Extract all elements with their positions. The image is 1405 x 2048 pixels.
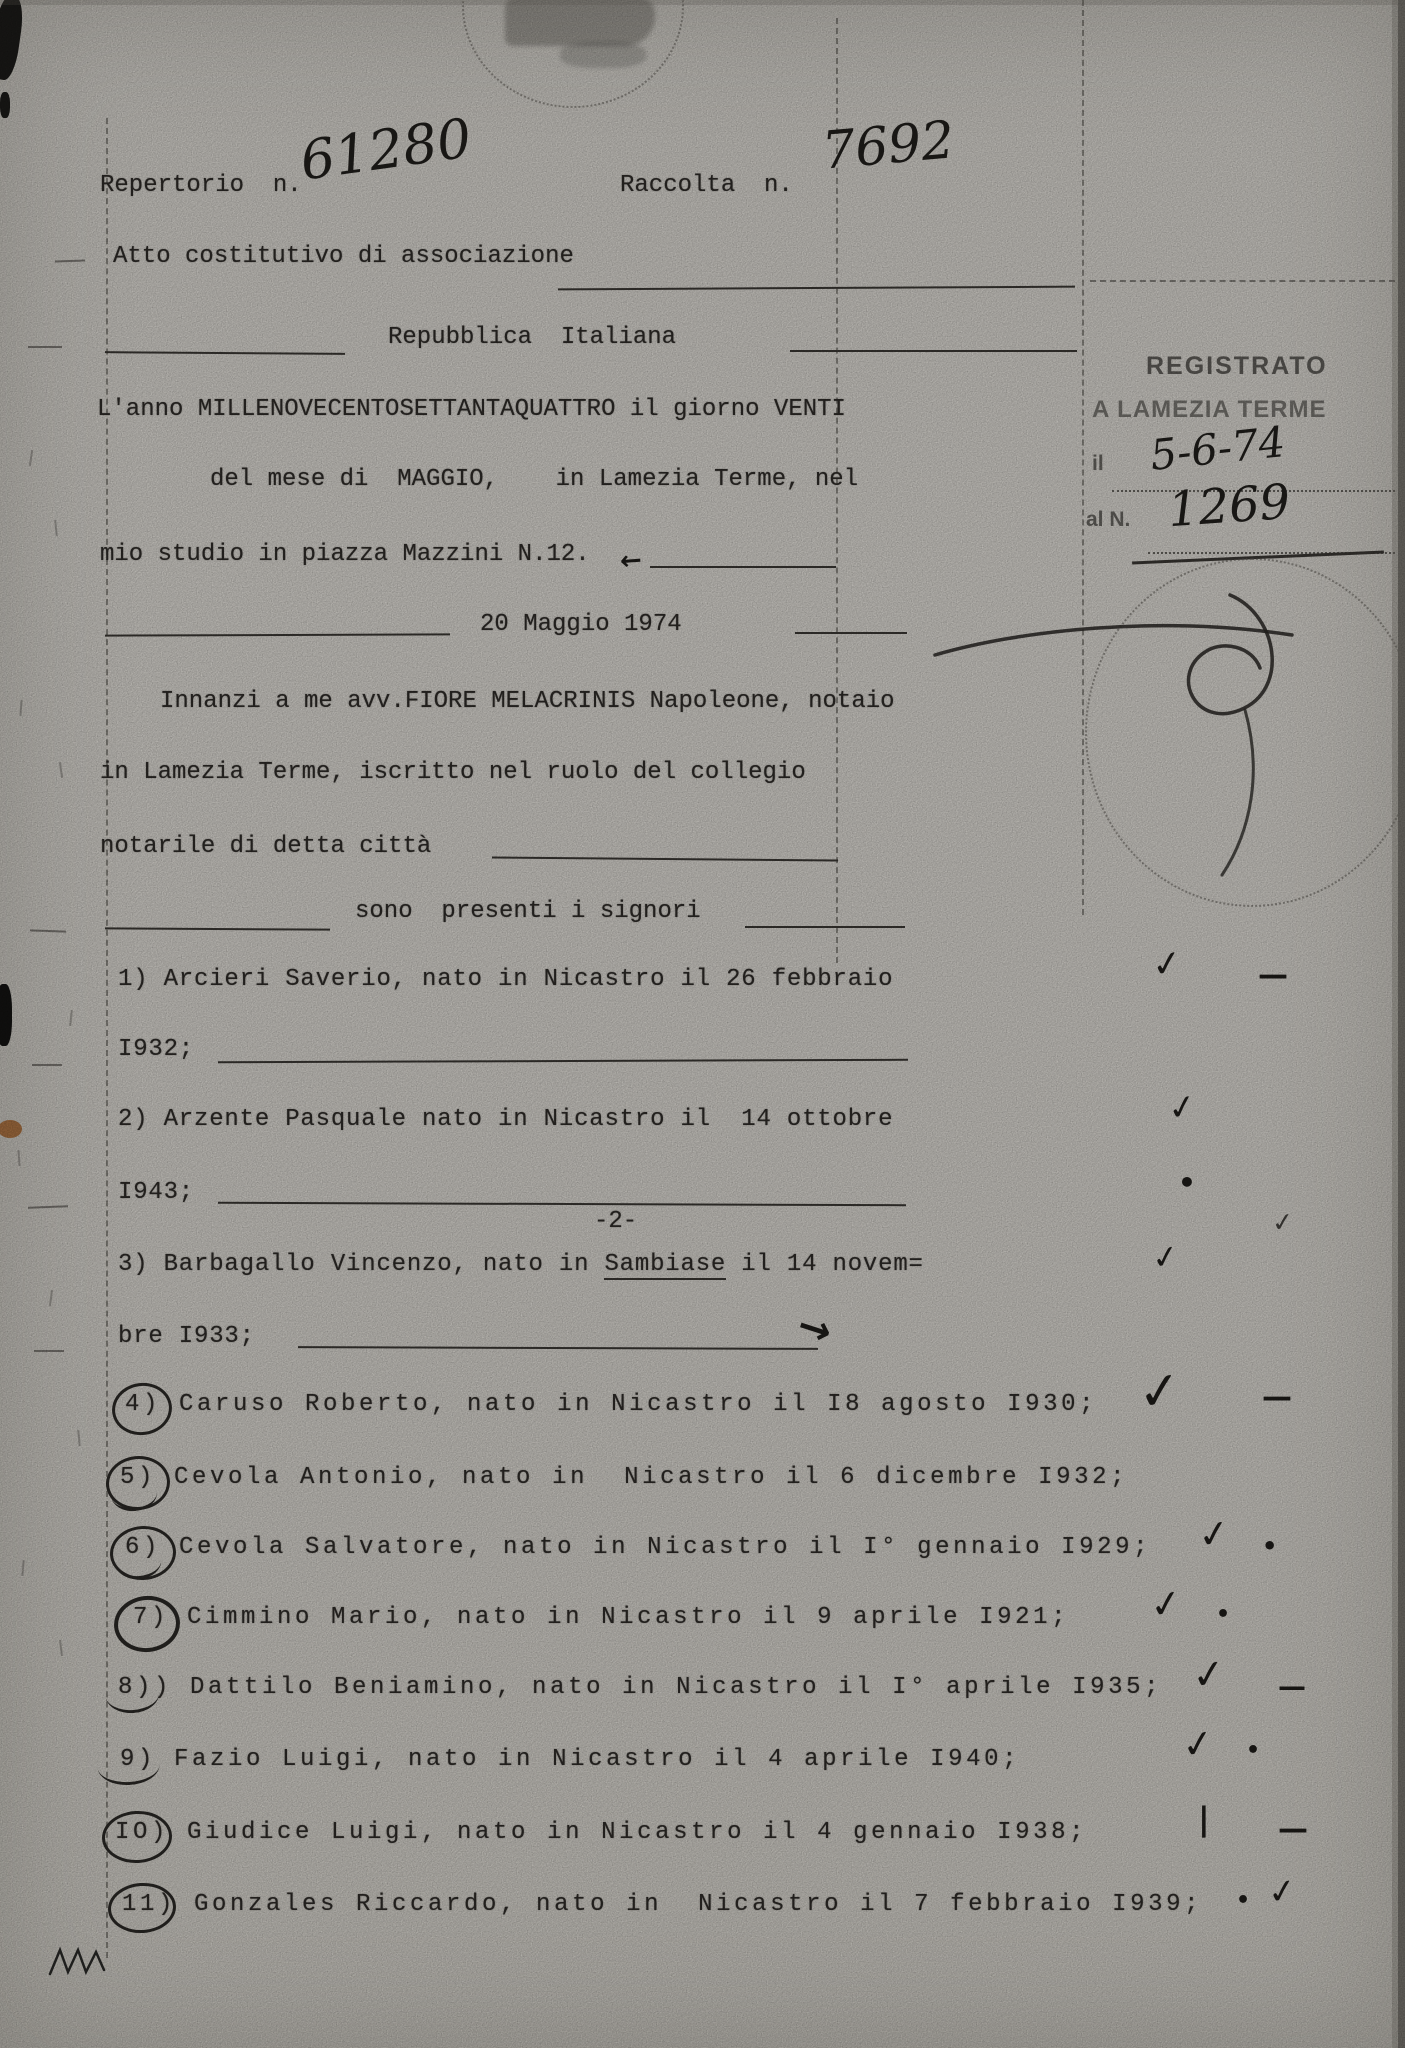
attendee-text: Caruso Roberto, nato in Nicastro il I8 a… bbox=[161, 1391, 1097, 1418]
dot-mark: • bbox=[1246, 1738, 1260, 1763]
attendee-number: 2) bbox=[118, 1106, 148, 1133]
stamp-top-dashed-line bbox=[1090, 280, 1405, 282]
body-line-date: 20 Maggio 1974 bbox=[480, 611, 682, 639]
pencil-tick bbox=[59, 762, 63, 778]
body-line-studio: mio studio in piazza Mazzini N.12. bbox=[100, 541, 590, 569]
repertorio-number-handwritten: 61280 bbox=[296, 106, 475, 192]
scan-top-edge bbox=[0, 0, 1405, 5]
repertorio-label: Repertorio n. bbox=[100, 172, 302, 200]
attendee-text: Giudice Luigi, nato in Nicastro il 4 gen… bbox=[169, 1819, 1087, 1846]
fill-line bbox=[795, 632, 907, 634]
checkmark: ✓ bbox=[1147, 1580, 1185, 1628]
fill-line bbox=[790, 350, 1077, 352]
margin-dash bbox=[28, 1205, 68, 1208]
scan-right-edge bbox=[1398, 0, 1405, 2048]
fill-line bbox=[218, 1059, 908, 1063]
attendee-number: 3) bbox=[118, 1251, 148, 1278]
attendee-text: Arzente Pasquale nato in Nicastro il 14 … bbox=[148, 1106, 893, 1133]
fill-line bbox=[105, 351, 345, 355]
stamp-place-text: A LAMEZIA TERME bbox=[1092, 396, 1327, 424]
checkmark: ✓ bbox=[1149, 942, 1185, 987]
attendee-line-1: 1) Arcieri Saverio, nato in Nicastro il … bbox=[118, 966, 893, 994]
attendee-line-6: 6) Cevola Salvatore, nato in Nicastro il… bbox=[125, 1534, 1151, 1562]
checkmark: ✓ bbox=[1195, 1510, 1233, 1558]
margin-dash bbox=[32, 1064, 62, 1066]
attendee-text: Fazio Luigi, nato in Nicastro il 4 april… bbox=[156, 1746, 1020, 1773]
attendee-line-3: 3) Barbagallo Vincenzo, nato in Sambiase… bbox=[118, 1251, 924, 1279]
checkmark: ✓ bbox=[1149, 1236, 1181, 1278]
fill-line bbox=[105, 633, 450, 636]
attendee-number: 1) bbox=[118, 966, 148, 993]
dash-mark: — bbox=[1262, 1380, 1292, 1415]
attendee-line-2-cont: I943; bbox=[118, 1179, 194, 1207]
dash-mark: — bbox=[1278, 1670, 1306, 1703]
checkmark: ✓ bbox=[1135, 1360, 1185, 1424]
body-line-innanzi: Innanzi a me avv.FIORE MELACRINIS Napole… bbox=[160, 688, 895, 716]
pen-squiggle-number-8 bbox=[105, 1692, 160, 1715]
republic-line: Repubblica Italiana bbox=[388, 324, 676, 352]
attendee-text: il 14 novem= bbox=[726, 1251, 924, 1278]
attendee-text: Dattilo Beniamino, nato in Nicastro il I… bbox=[172, 1674, 1162, 1701]
attendee-line-3-cont: bre I933; bbox=[118, 1323, 255, 1351]
pencil-tick bbox=[69, 1010, 73, 1026]
pen-circle-number-4 bbox=[109, 1379, 176, 1439]
attendee-line-10: IO) Giudice Luigi, nato in Nicastro il 4… bbox=[115, 1819, 1087, 1847]
pen-squiggle bbox=[115, 1560, 162, 1581]
pencil-tick bbox=[49, 1290, 53, 1306]
attendee-text: Arcieri Saverio, nato in Nicastro il 26 … bbox=[148, 966, 893, 993]
stamp-date-handwritten: 5-6-74 bbox=[1148, 417, 1288, 480]
attendee-line-8: 8)) Dattilo Beniamino, nato in Nicastro … bbox=[118, 1674, 1162, 1702]
checkmark: ✓ bbox=[1189, 1650, 1228, 1700]
attendee-line-4: 4) Caruso Roberto, nato in Nicastro il I… bbox=[125, 1391, 1097, 1419]
body-line-mese: del mese di MAGGIO, in Lamezia Terme, ne… bbox=[210, 466, 858, 494]
fill-line bbox=[745, 926, 905, 928]
arrow-left-mark: ← bbox=[619, 545, 643, 576]
attendee-line-11: 11) Gonzales Riccardo, nato in Nicastro … bbox=[122, 1891, 1202, 1919]
margin-dash bbox=[30, 929, 66, 932]
bar-mark: | bbox=[1198, 1800, 1210, 1838]
attendee-text: Barbagallo Vincenzo, nato in bbox=[148, 1251, 604, 1278]
fill-line bbox=[650, 566, 836, 568]
attendee-line-2: 2) Arzente Pasquale nato in Nicastro il … bbox=[118, 1106, 893, 1134]
checkmark: ✓ bbox=[1179, 1720, 1217, 1768]
top-stamp-smudge bbox=[560, 42, 646, 68]
left-margin-dashed-line bbox=[106, 118, 108, 1958]
attendee-line-7: 7) Cimmino Mario, nato in Nicastro il 9 … bbox=[133, 1604, 1069, 1632]
stamp-area-dashed-line bbox=[1082, 0, 1084, 915]
body-line-notarile: notarile di detta città bbox=[100, 833, 431, 861]
attendee-text: Cevola Salvatore, nato in Nicastro il I°… bbox=[161, 1534, 1151, 1561]
attendee-line-1-cont: I932; bbox=[118, 1036, 194, 1064]
scan-edge-blob bbox=[0, 92, 10, 118]
pen-circle-number-11 bbox=[106, 1881, 177, 1936]
document-title: Atto costitutivo di associazione bbox=[113, 243, 574, 271]
dot-mark: • bbox=[1262, 1532, 1277, 1560]
scan-edge-blob bbox=[0, 984, 12, 1046]
stamp-number-handwritten: 1269 bbox=[1166, 474, 1292, 538]
stamp-il-label: il bbox=[1092, 452, 1104, 476]
checkmark: ✓ bbox=[1265, 1870, 1299, 1914]
attendee-text: Gonzales Riccardo, nato in Nicastro il 7… bbox=[176, 1891, 1202, 1918]
orange-margin-mark bbox=[0, 1120, 22, 1138]
margin-dash bbox=[55, 259, 85, 262]
margin-dash bbox=[34, 1350, 64, 1352]
fill-line bbox=[558, 286, 1075, 291]
pencil-tick bbox=[59, 1640, 63, 1656]
raccolta-number-handwritten: 7692 bbox=[820, 110, 957, 181]
attendee-line-9: 9) Fazio Luigi, nato in Nicastro il 4 ap… bbox=[120, 1746, 1020, 1774]
pencil-tick bbox=[19, 700, 22, 716]
margin-dash bbox=[28, 346, 62, 348]
attendee-text-underlined: Sambiase bbox=[604, 1251, 726, 1280]
scan-edge-blob bbox=[0, 0, 26, 81]
pencil-tick bbox=[54, 520, 58, 536]
attendee-text: Cevola Antonio, nato in Nicastro il 6 di… bbox=[156, 1464, 1128, 1491]
scan-right-edge-soft bbox=[1392, 0, 1398, 2048]
stamp-number-label: al N. bbox=[1086, 508, 1130, 532]
body-line-iscritto: in Lamezia Terme, iscritto nel ruolo del… bbox=[100, 759, 806, 787]
pencil-tick bbox=[77, 1430, 80, 1446]
arrow-right-mark: → bbox=[792, 1302, 838, 1356]
dash-mark: — bbox=[1258, 958, 1288, 993]
dash-mark: — bbox=[1278, 1812, 1308, 1847]
fill-line bbox=[218, 1202, 906, 1206]
pen-circle-number-10 bbox=[101, 1809, 174, 1865]
pencil-tick bbox=[21, 1560, 24, 1576]
fill-line bbox=[105, 927, 330, 930]
fill-line bbox=[298, 1346, 818, 1350]
top-stamp-smudge bbox=[505, 0, 655, 46]
dot-mark: • bbox=[1178, 1166, 1196, 1199]
fill-line bbox=[492, 856, 838, 861]
pen-squiggle bbox=[111, 1492, 159, 1514]
dot-mark: • bbox=[1236, 1888, 1250, 1913]
body-line-anno: L'anno MILLENOVECENTOSETTANTAQUATTRO il … bbox=[97, 396, 846, 424]
pen-circle-number-7 bbox=[111, 1593, 182, 1656]
raccolta-label: Raccolta n. bbox=[620, 172, 793, 200]
stamp-registered-text: REGISTRATO bbox=[1146, 352, 1328, 381]
body-line-presenti: sono presenti i signori bbox=[355, 898, 701, 926]
attendee-line-5: 5) Cevola Antonio, nato in Nicastro il 6… bbox=[120, 1464, 1128, 1492]
attendee-text: Cimmino Mario, nato in Nicastro il 9 apr… bbox=[169, 1604, 1069, 1631]
pencil-tick bbox=[17, 1150, 20, 1166]
checkmark: ✓ bbox=[1165, 1086, 1200, 1130]
dot-mark: • bbox=[1216, 1602, 1230, 1627]
page-number: -2- bbox=[594, 1208, 637, 1236]
checkmark: ✓ bbox=[1270, 1207, 1295, 1239]
pencil-tick bbox=[29, 450, 33, 466]
scanned-document-page: Repertorio n. 61280 Raccolta n. 7692 Att… bbox=[0, 0, 1405, 2048]
round-stamp-outline bbox=[1085, 558, 1405, 907]
